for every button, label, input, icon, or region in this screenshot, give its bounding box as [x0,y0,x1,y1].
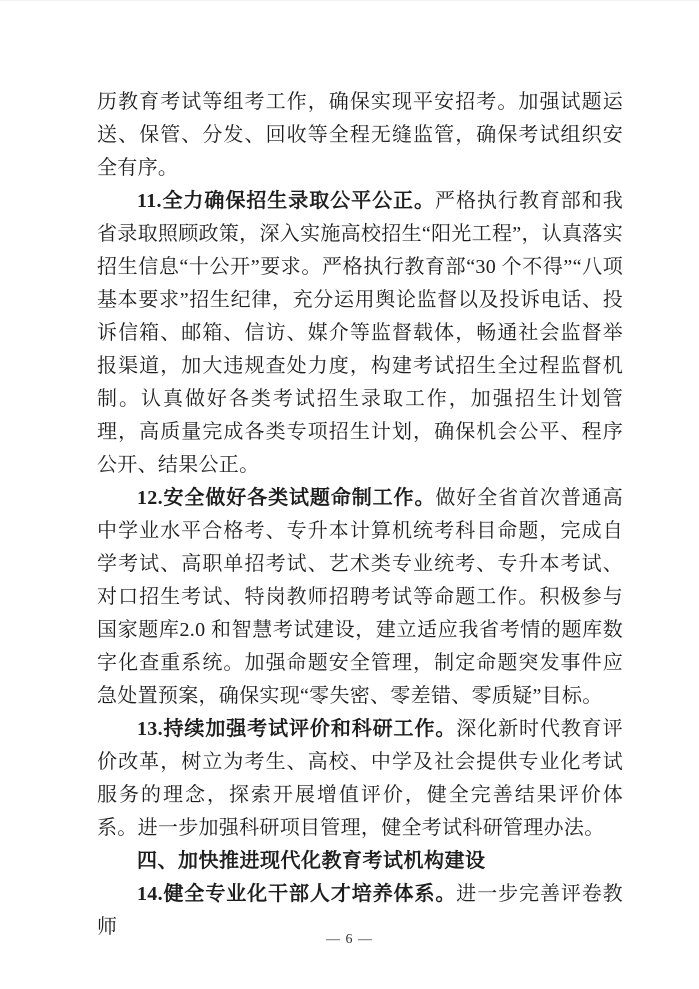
paragraph-13-lead: 13.持续加强考试评价和科研工作。 [137,718,456,740]
paragraph-14-lead: 14.健全专业化干部人才培养体系。 [137,883,456,905]
document-page: 历教育考试等组考工作，确保实现平安招考。加强试题运送、保管、分发、回收等全程无缝… [0,0,699,989]
page-number: — 6 — [0,932,699,948]
paragraph-item-13: 13.持续加强考试评价和科研工作。深化新时代教育评价改革，树立为考生、高校、中学… [97,713,623,845]
document-body: 历教育考试等组考工作，确保实现平安招考。加强试题运送、保管、分发、回收等全程无缝… [97,86,623,944]
paragraph-item-11: 11.全力确保招生录取公平公正。严格执行教育部和我省录取照顾政策，深入实施高校招… [97,185,623,482]
paragraph-continuation: 历教育考试等组考工作，确保实现平安招考。加强试题运送、保管、分发、回收等全程无缝… [97,86,623,185]
paragraph-12-lead: 12.安全做好各类试题命制工作。 [137,487,435,509]
paragraph-12-text: 做好全省首次普通高中学业水平合格考、专升本计算机统考科目命题，完成自学考试、高职… [97,487,623,707]
paragraph-item-12: 12.安全做好各类试题命制工作。做好全省首次普通高中学业水平合格考、专升本计算机… [97,482,623,713]
section-heading-4: 四、加快推进现代化教育考试机构建设 [97,845,623,878]
paragraph-11-text: 严格执行教育部和我省录取照顾政策，深入实施高校招生“阳光工程”，认真落实招生信息… [97,190,623,476]
paragraph-11-lead: 11.全力确保招生录取公平公正。 [137,190,435,212]
